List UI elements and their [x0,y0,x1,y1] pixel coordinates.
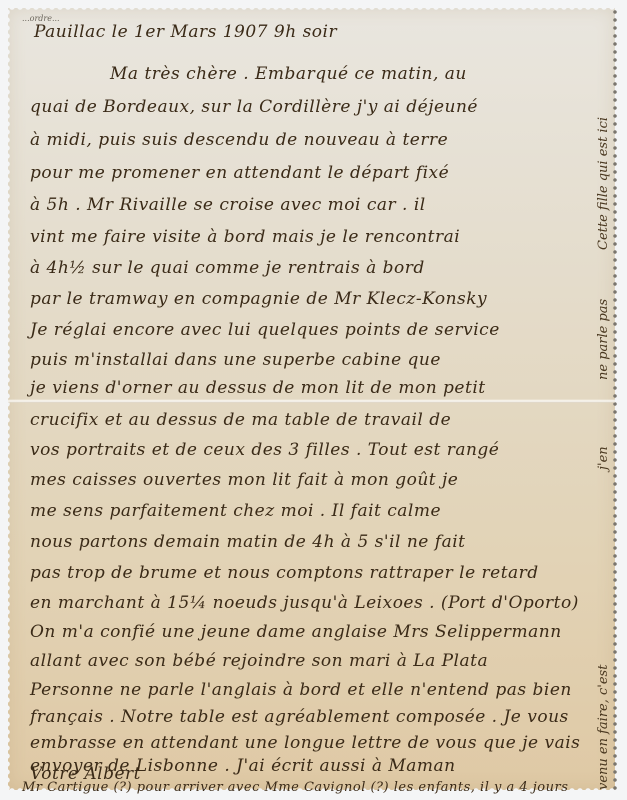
letter-heading: Pauillac le 1er Mars 1907 9h soir [34,22,337,42]
margin-note: j'en [596,446,611,470]
margin-note: Cette fille qui est ici [596,117,611,250]
letter-line: à 5h . Mr Rivaille se croise avec moi ca… [30,195,426,215]
letter-line: Ma très chère . Embarqué ce matin, au [110,64,467,84]
letter-line: On m'a confié une jeune dame anglaise Mr… [30,622,562,642]
letter-line: vos portraits et de ceux des 3 filles . … [30,440,499,460]
letter-line: pas trop de brume et nous comptons rattr… [30,563,539,583]
letter-line: à midi, puis suis descendu de nouveau à … [30,130,448,150]
margin-note: ne parle pas [596,299,611,380]
letter-line: vint me faire visite à bord mais je le r… [30,227,460,247]
letter-line: par le tramway en compagnie de Mr Klecz-… [30,289,487,309]
letter-postscript: Mr Cartigue (?) pour arriver avec Mme Ca… [22,780,568,795]
letter-line: pour me promener en attendant le départ … [30,163,449,183]
letter-line: mes caisses ouvertes mon lit fait à mon … [30,470,458,490]
letter-line: embrasse en attendant une longue lettre … [30,733,580,753]
letter-line: je viens d'orner au dessus de mon lit de… [30,378,486,398]
letter-line: me sens parfaitement chez moi . Il fait … [30,501,441,521]
letter-line: allant avec son bébé rejoindre son mari … [30,651,488,671]
fold-crease [8,399,615,403]
letter-line: crucifix et au dessus de ma table de tra… [30,410,451,430]
letter-line: français . Notre table est agréablement … [30,707,569,727]
letter-line: Je réglai encore avec lui quelques point… [30,320,500,340]
letter-line: à 4h½ sur le quai comme je rentrais à bo… [30,258,425,278]
letter-line: Personne ne parle l'anglais à bord et el… [30,680,572,700]
letter-line: en marchant à 15¼ noeuds jusqu'à Leixoes… [30,593,579,613]
letter-line: puis m'installai dans une superbe cabine… [30,350,441,370]
letter-line: quai de Bordeaux, sur la Cordillère j'y … [30,97,478,117]
margin-note: venu en faire, c'est [596,665,611,790]
letter-line: nous partons demain matin de 4h à 5 s'il… [30,532,465,552]
